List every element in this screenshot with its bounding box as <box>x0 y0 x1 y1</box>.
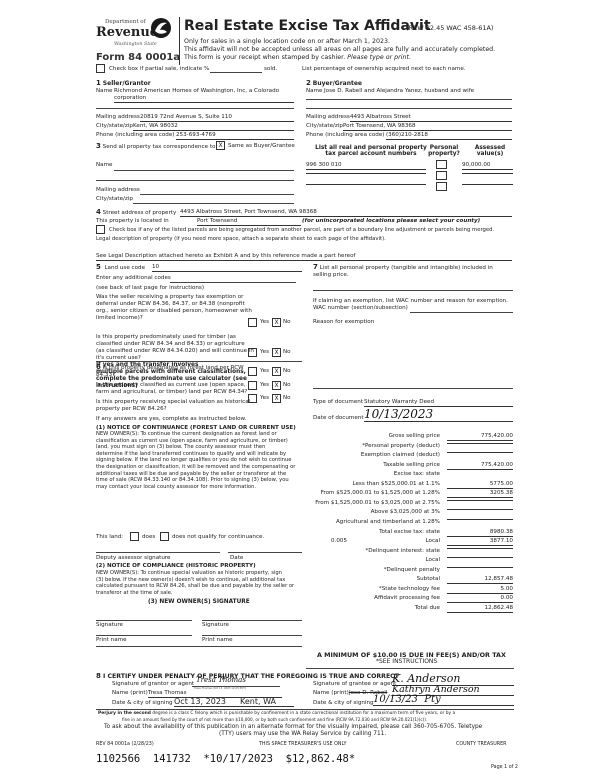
tax-row-value[interactable]: 775,420.00 <box>447 433 513 441</box>
tax-row-value[interactable]: 8980.38 <box>447 529 513 537</box>
section3-divider <box>96 180 294 181</box>
seller-phone[interactable]: 253-693-4769 <box>176 132 294 140</box>
additional-codes-field[interactable] <box>170 282 296 283</box>
buyer-name-line <box>306 99 512 100</box>
tax-row-label: Gross selling price <box>300 433 440 440</box>
tax-row-value[interactable]: 12,857.48 <box>447 576 513 584</box>
section3-name-field[interactable] <box>114 170 294 171</box>
buyer-name-label: Name <box>306 88 323 95</box>
question-line: deferral under RCW 84.36, 84.37, or 84.3… <box>96 301 252 308</box>
land-use-code[interactable]: 10 <box>152 264 302 272</box>
tax-row-label: Total due <box>300 605 440 612</box>
seller-divider <box>96 108 294 109</box>
yes-label: Yes <box>260 319 269 326</box>
buyer-divider <box>306 108 512 109</box>
additional-codes-label: Enter any additional codes <box>96 275 171 282</box>
wac-number-field[interactable] <box>410 312 513 313</box>
located-note: (for unincorporated locations please sel… <box>302 218 480 225</box>
partial-sale-percent-field[interactable] <box>210 72 262 73</box>
located-city[interactable]: Port Townsend <box>197 218 301 226</box>
street-label: 4 Street address of property <box>96 209 176 217</box>
personal-property-checkbox[interactable] <box>436 160 447 169</box>
tax-row-label: Affidavit processing fee <box>300 595 440 602</box>
same-as-buyer-label: Same as Buyer/Grantee <box>228 143 295 150</box>
question-line: classified under RCW 84.34 and 84.33) or… <box>96 341 254 348</box>
doc-type-label: Type of document <box>313 399 363 406</box>
no-checkbox[interactable]: X <box>272 318 281 327</box>
header-note-3: This form is your receipt when stamped b… <box>184 54 411 61</box>
grantor-signature[interactable]: Tresa Thomas <box>196 676 246 684</box>
parcel-header-3: Assessedvalue(s) <box>462 145 518 157</box>
signature-field-1[interactable] <box>96 620 192 621</box>
grantee-sig-label: Signature of grantee or agent <box>313 681 396 688</box>
receipt-stamp: 1102566 141732 *10/17/2023 $12,862.48* <box>96 753 355 765</box>
yes-label: Yes <box>260 368 269 375</box>
no-label: No <box>283 319 291 326</box>
buyer-heading: 2 Buyer/Grantee <box>306 79 362 87</box>
no-checkbox[interactable]: X <box>272 394 281 403</box>
notice1-text: NEW OWNER(S): To continue the current de… <box>96 431 306 490</box>
partial-sale-suffix: sold. <box>264 66 277 73</box>
question-line: Was the seller receiving a property tax … <box>96 294 252 301</box>
parcel-header-2: Personalproperty? <box>424 145 464 157</box>
assessed-value[interactable] <box>462 173 513 174</box>
tax-row-label: *State technology fee <box>300 586 440 593</box>
tax-row-value[interactable] <box>447 567 513 568</box>
exemption-wac-label: If claiming an exemption, list WAC numbe… <box>313 298 508 305</box>
doc-date[interactable]: 10/13/2023 <box>364 407 513 422</box>
does-not-label: does not qualify for continuance. <box>172 534 264 541</box>
tax-row-value[interactable] <box>447 443 513 444</box>
buyer-name[interactable]: Jose D. Rabell and Alejandra Yanez, husb… <box>324 88 474 95</box>
reason-field[interactable] <box>313 388 513 389</box>
grantor-date-city[interactable]: Oct 13, 2023Kent, WA <box>174 697 294 707</box>
print-name-field-2[interactable] <box>202 635 302 636</box>
buyer-city-label: City/state/zip <box>306 123 343 130</box>
no-checkbox[interactable]: X <box>272 367 281 376</box>
parcel-header-1: List all real and personal propertytax p… <box>312 145 430 157</box>
section3-mailing-label: Mailing address <box>96 187 140 194</box>
additional-codes-note: (see back of last page for instructions) <box>96 285 204 292</box>
tax-row-value[interactable] <box>447 548 513 549</box>
personal-property-field[interactable] <box>313 290 513 291</box>
deputy-date-field[interactable] <box>228 552 302 553</box>
revenue-label: Revenue <box>96 25 158 40</box>
ownership-note: List percentage of ownership acquired ne… <box>302 66 466 73</box>
yes-label: Yes <box>260 395 269 402</box>
header-note-2: This affidavit will not be accepted unle… <box>184 46 495 53</box>
no-label: No <box>283 382 291 389</box>
section3-city-label: City/state/zip <box>96 196 133 203</box>
segregated-label: Check box if any of the listed parcels a… <box>109 227 494 234</box>
deputy-signature-field[interactable] <box>96 552 220 553</box>
tax-row-value[interactable]: 3877.10 <box>447 538 513 546</box>
certify-title: 8 I CERTIFY UNDER PENALTY OF PERJURY THA… <box>96 672 399 680</box>
notice3-title: (3) NEW OWNER(S) SIGNATURE <box>148 599 250 605</box>
revenue-logo-icon <box>150 17 172 39</box>
tax-row-label: *Personal property (deduct) <box>300 443 440 450</box>
tax-row-value[interactable] <box>447 500 513 501</box>
parcel-number[interactable]: 996 300 010 <box>306 162 426 170</box>
does-label: does <box>142 534 155 541</box>
signature-label-2: Signature <box>202 622 229 629</box>
seller-name[interactable]: Richmond American Homes of Washington, I… <box>114 88 279 95</box>
buyer-mailing-label: Mailing address <box>306 114 350 121</box>
notice2-text: NEW OWNER(S): To continue special valuat… <box>96 570 294 596</box>
seller-phone-label: Phone (including area code) <box>96 132 174 139</box>
yes-checkbox[interactable] <box>248 381 257 390</box>
tax-row-label: Taxable selling price <box>300 462 440 469</box>
grantor-sig-label: Signature of grantor or agent <box>112 681 194 688</box>
located-label: This property is located in <box>96 218 169 225</box>
state-label: Washington State <box>114 42 157 47</box>
grantee-name-label: Name (print) <box>313 690 349 697</box>
partial-sale-checkbox[interactable] <box>96 64 105 73</box>
seller-city-label: City/state/zip <box>96 123 133 130</box>
personal-property-checkbox[interactable] <box>436 182 447 191</box>
yes-label: Yes <box>260 349 269 356</box>
land-use-label: 5 Land use code <box>96 264 145 272</box>
print-name-label-2: Print name <box>202 637 233 644</box>
treasurer-use: THIS SPACE TREASURER'S USE ONLY <box>259 742 346 747</box>
tax-row-label: Exemption claimed (deduct) <box>300 452 440 459</box>
notice2-title: (2) NOTICE OF COMPLIANCE (HISTORIC PROPE… <box>96 563 256 569</box>
tax-row-label: From $1,525,000.01 to $3,025,000 at 2.75… <box>300 500 440 507</box>
yes-checkbox[interactable] <box>248 394 257 403</box>
tax-row-label: From $525,000.01 to $1,525,000 at 1.28% <box>300 490 440 497</box>
footer-divider <box>96 709 514 710</box>
doc-type[interactable]: Statutory Warranty Deed <box>364 399 513 407</box>
instruction: If any answers are yes, complete as inst… <box>96 416 306 423</box>
tax-row-label: *Delinquent penalty <box>300 567 440 574</box>
see-instructions: *SEE INSTRUCTIONS <box>376 658 437 665</box>
question-line: limited income)? <box>96 315 252 322</box>
section3-city-field[interactable] <box>133 203 294 204</box>
does-not-qualify-checkbox[interactable] <box>160 532 169 541</box>
exemption-question: Was the seller receiving a property tax … <box>96 294 252 322</box>
alt-format-1: To ask about the availability of this pu… <box>104 724 482 730</box>
rev-number: REV 84 0001a (2/28/23) <box>96 742 154 747</box>
print-name-field-1[interactable] <box>96 635 192 636</box>
section6-divider <box>96 646 302 647</box>
alt-format-2: (TTY) users may use the WA Relay Service… <box>219 731 386 737</box>
grantor-date-label: Date & city of signing <box>112 700 173 707</box>
date-label: Date <box>230 555 243 562</box>
tax-row-label: Less than $525,000.01 at 1.1% <box>300 481 440 488</box>
perjury-notice: Perjury in the second degree is a class … <box>98 711 455 716</box>
tax-row-label: Local <box>300 557 440 564</box>
tax-row-value[interactable]: 5.00 <box>447 586 513 594</box>
doc-date-label: Date of document <box>313 415 364 422</box>
grantee-date-city[interactable]: 10/13/23 Pty <box>373 694 514 706</box>
buyer-phone[interactable]: (360)210-2818 <box>386 132 512 140</box>
signature-field-2[interactable] <box>202 620 302 621</box>
header-note-1: Only for sales in a single location code… <box>184 38 390 45</box>
personal-property-label: 7 List all personal property (tangible a… <box>313 264 493 279</box>
form-number: Form 84 0001a <box>96 52 180 63</box>
question-line: (as classified under RCW 84.34.020) and … <box>96 348 254 355</box>
tax-row-value[interactable]: 0.00 <box>447 595 513 603</box>
seller-name-label: Name <box>96 88 113 95</box>
tax-row-value[interactable]: 12,862.48 <box>447 605 513 613</box>
print-name-label-1: Print name <box>96 637 127 644</box>
tax-row-value[interactable] <box>447 452 513 453</box>
seller-heading: 1 Seller/Grantor <box>96 79 151 87</box>
no-checkbox[interactable]: X <box>272 381 281 390</box>
buyer-city[interactable]: Port Townsend, WA 98368 <box>343 123 512 131</box>
section3-name-label: Name <box>96 162 113 169</box>
tax-row-value[interactable]: 5775.00 <box>447 481 513 489</box>
yes-checkbox[interactable] <box>248 348 257 357</box>
tax-divider <box>306 668 514 669</box>
section3-label: 3 Send all property tax correspondence t… <box>96 143 217 151</box>
question-line: Is this property predominately used for … <box>96 334 254 341</box>
tax-row-value[interactable]: 775,420.00 <box>447 462 513 470</box>
no-label: No <box>283 368 291 375</box>
deputy-label: Deputy assessor signature <box>96 555 171 562</box>
this-land-label: This land: <box>96 534 123 541</box>
seller-mailing[interactable]: 20819 72nd Avenue S, Suite 110 <box>140 114 294 122</box>
section3-mailing-field[interactable] <box>140 194 294 195</box>
page-number: Page 1 of 2 <box>491 765 518 770</box>
tax-row-label: Excise tax: state <box>300 471 440 478</box>
tax-row-label: Local <box>300 538 440 545</box>
grantee-date-label: Date & city of signing <box>313 700 374 707</box>
tax-row-label: Total excise tax: state <box>300 529 440 536</box>
segregated-checkbox[interactable] <box>96 225 105 234</box>
form-title: Real Estate Excise Tax Affidavit <box>184 18 431 34</box>
grantor-name-label: Name (print) <box>112 690 148 697</box>
parcel-number[interactable] <box>306 173 426 174</box>
same-as-buyer-checkbox[interactable]: X <box>216 141 225 150</box>
legal-description[interactable]: See Legal Description attached hereto as… <box>96 253 512 261</box>
partial-sale-label: Check box if partial sale, indicate % <box>109 66 209 73</box>
tax-row-value[interactable] <box>447 557 513 558</box>
tax-row-label: Subtotal <box>300 576 440 583</box>
tax-row-label: *Delinquent interest: state <box>300 548 440 555</box>
parcel-number[interactable] <box>306 184 426 185</box>
street-address[interactable]: 4493 Albatross Street, Port Townsend, WA… <box>180 209 512 217</box>
seller-mailing-label: Mailing address <box>96 114 140 121</box>
no-label: No <box>283 395 291 402</box>
no-label: No <box>283 349 291 356</box>
assessed-value[interactable] <box>462 184 513 185</box>
tax-row-value[interactable]: 3205.38 <box>447 490 513 498</box>
no-checkbox[interactable]: X <box>272 348 281 357</box>
reason-label: Reason for exemption <box>313 319 374 326</box>
perjury-notice-2: fine in an amount fixed by the court of … <box>122 717 427 722</box>
tax-row-value[interactable] <box>447 509 513 510</box>
legal-label: Legal description of property (if you ne… <box>96 236 386 243</box>
personal-property-checkbox[interactable] <box>436 171 447 180</box>
yes-checkbox[interactable] <box>248 318 257 327</box>
does-qualify-checkbox[interactable] <box>130 532 139 541</box>
buyer-phone-label: Phone (including area code) <box>306 132 384 139</box>
section5-divider <box>96 361 302 362</box>
signature-label-1: Signature <box>96 622 123 629</box>
question-line: org., senior citizen or disabled person,… <box>96 308 252 315</box>
header-divider <box>179 17 180 65</box>
yes-label: Yes <box>260 382 269 389</box>
buyer-mailing[interactable]: 4493 Albatross Street <box>350 114 512 122</box>
yes-checkbox[interactable] <box>248 367 257 376</box>
local-rate: 0.005 <box>331 538 347 545</box>
seller-city[interactable]: Kent, WA 98032 <box>133 123 294 131</box>
wac-number-label: WAC number (section/subsection) <box>313 305 408 312</box>
county-treasurer: COUNTY TREASURER <box>456 742 506 747</box>
form-title-ref: (RCW 82.45 WAC 458-61A) <box>406 25 493 32</box>
assessed-value[interactable]: 90,000.00 <box>462 162 513 170</box>
tax-row-label: Agricultural and timberland at 1.28% <box>300 519 440 526</box>
tax-row-value[interactable] <box>447 519 513 520</box>
tax-row-label: Above $3,025,000 at 3% <box>300 509 440 516</box>
seller-name-line2[interactable]: corporation <box>114 95 294 103</box>
